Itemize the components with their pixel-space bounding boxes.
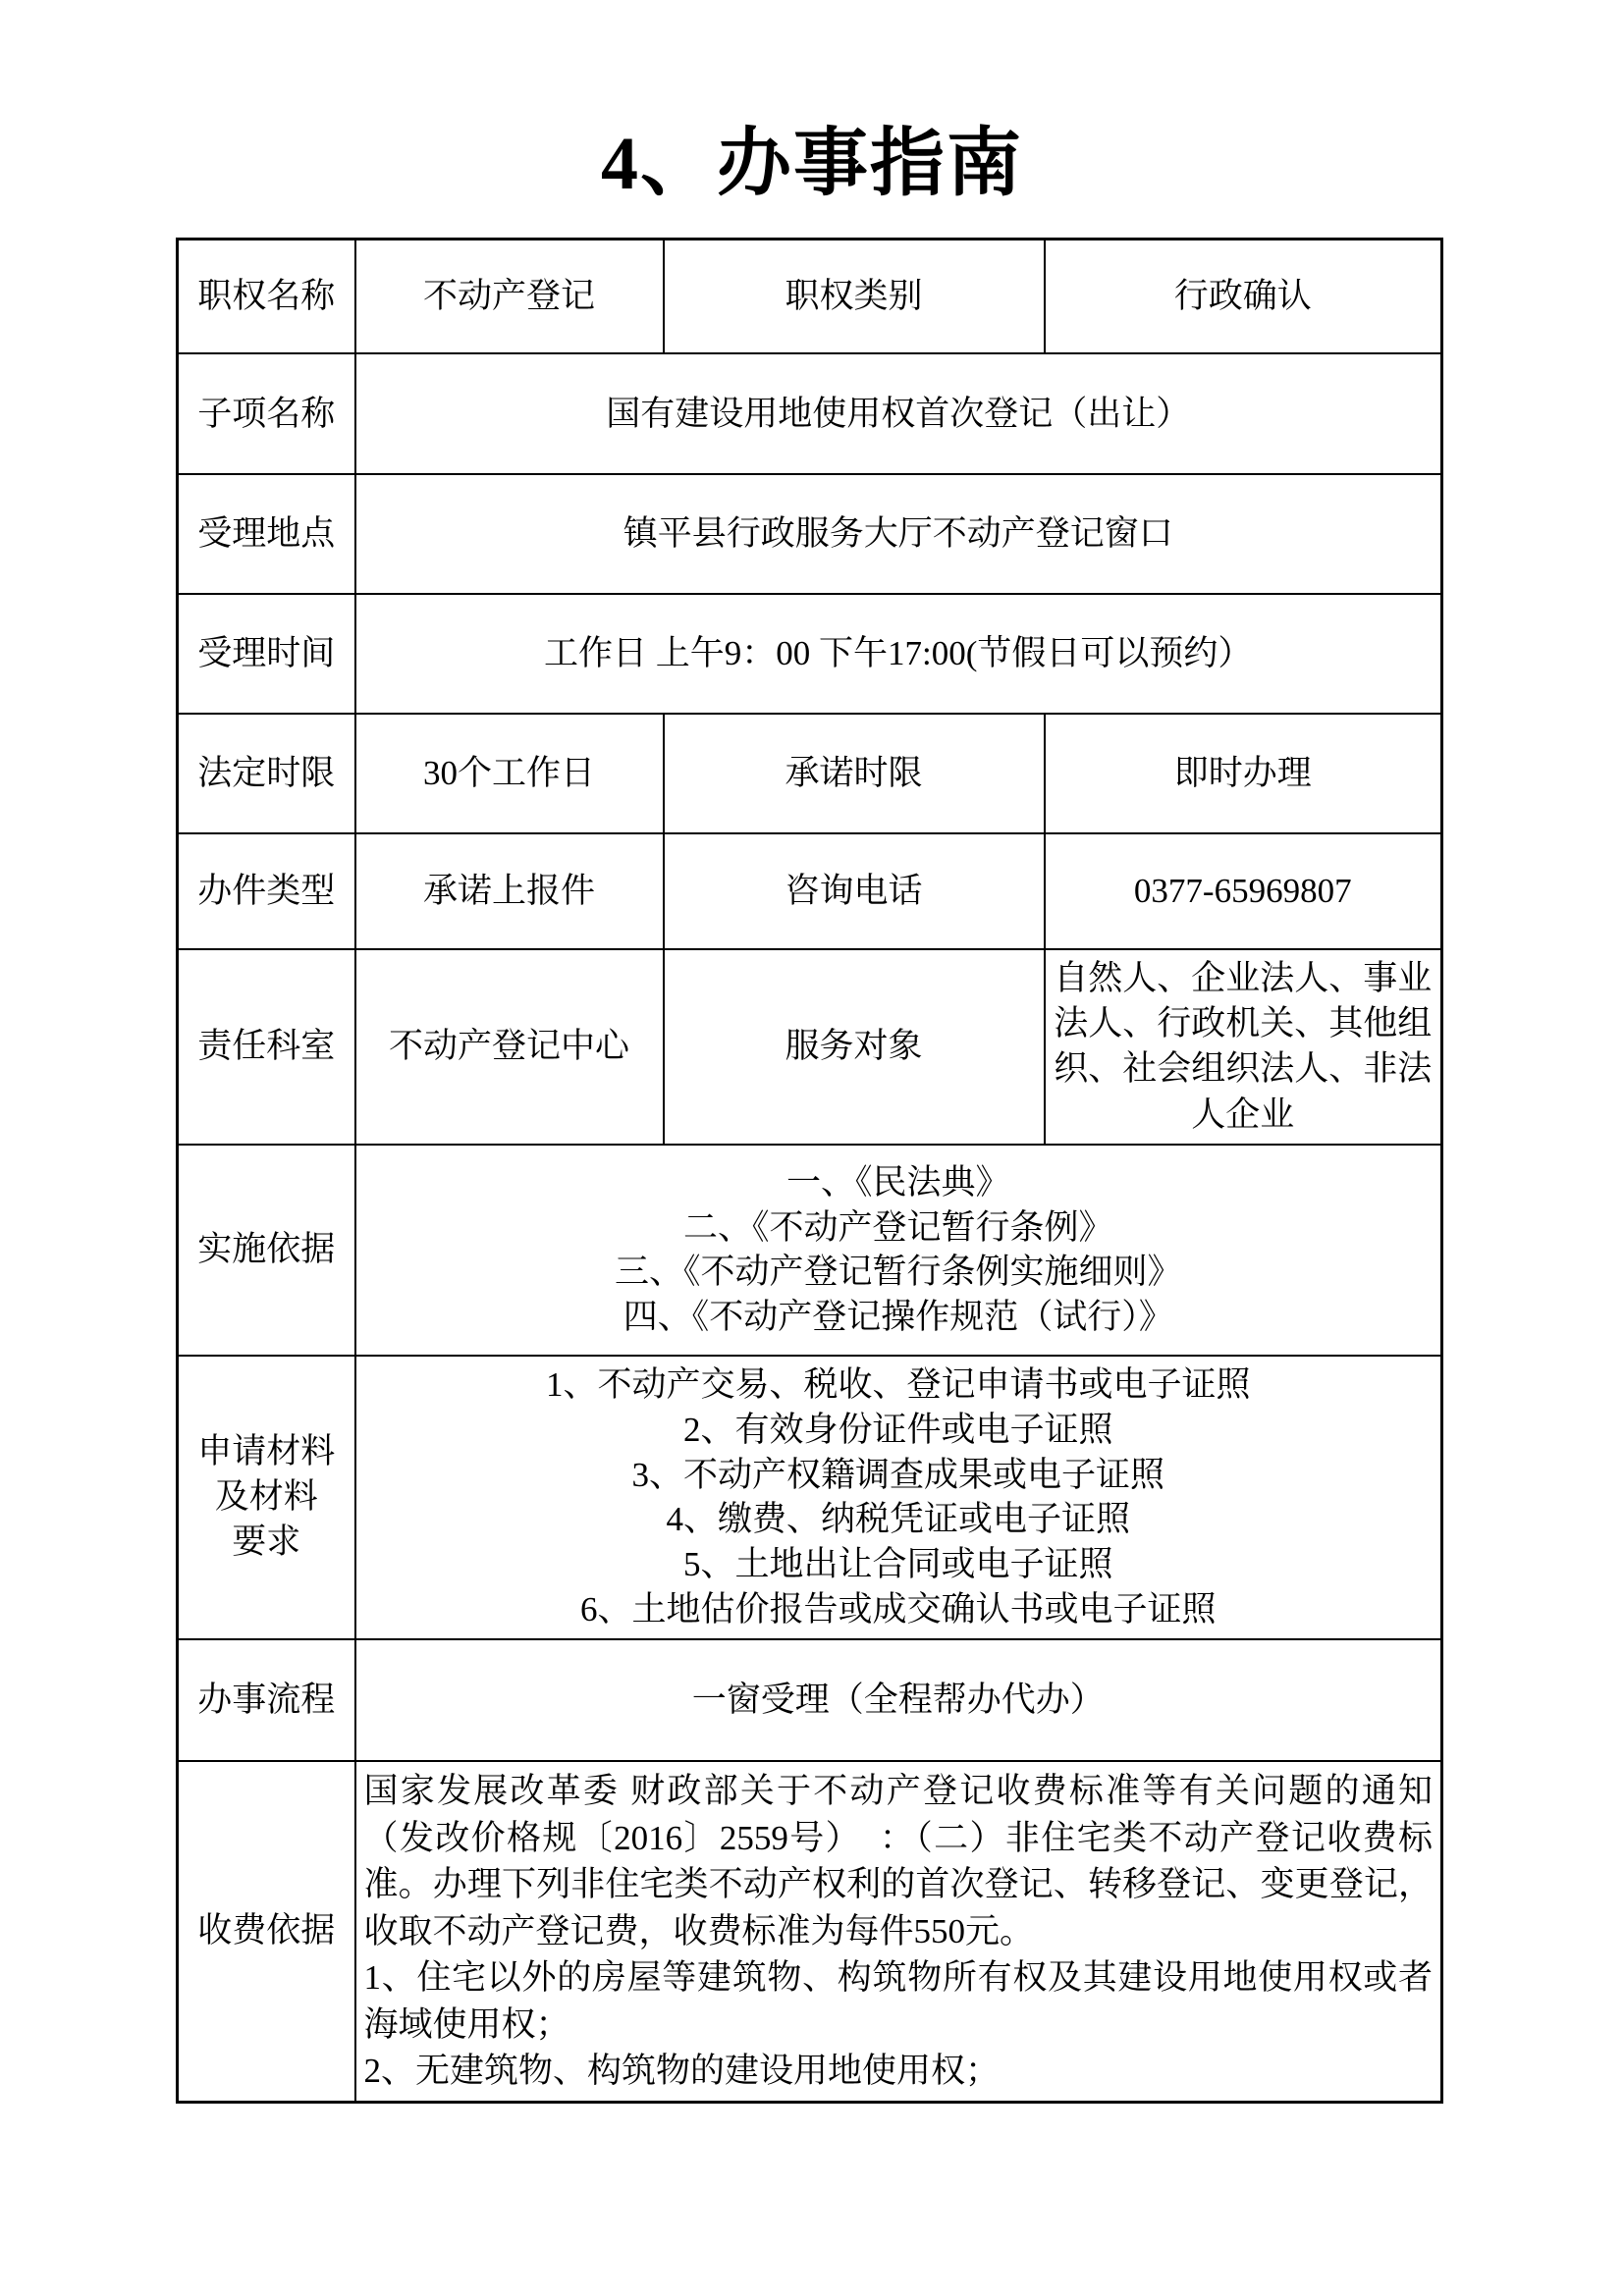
- responsible-dept-value: 不动产登记中心: [355, 949, 664, 1145]
- implementation-basis-value: 一、《民法典》 二、《不动产登记暂行条例》 三、《不动产登记暂行条例实施细则》 …: [355, 1145, 1442, 1356]
- table-row: 申请材料 及材料 要求 1、不动产交易、税收、登记申请书或电子证照 2、有效身份…: [178, 1356, 1442, 1639]
- statutory-limit-value: 30个工作日: [355, 714, 664, 833]
- table-row: 办事流程 一窗受理（全程帮办代办）: [178, 1639, 1442, 1761]
- basis-item: 三、《不动产登记暂行条例实施细则》: [364, 1250, 1434, 1295]
- process-flow-label: 办事流程: [178, 1639, 355, 1761]
- table-row: 职权名称 不动产登记 职权类别 行政确认: [178, 239, 1442, 353]
- statutory-limit-label: 法定时限: [178, 714, 355, 833]
- charging-basis-item: 1、住宅以外的房屋等建筑物、构筑物所有权及其建设用地使用权或者海域使用权；: [364, 1954, 1434, 2048]
- service-guide-table: 职权名称 不动产登记 职权类别 行政确认 子项名称 国有建设用地使用权首次登记（…: [176, 238, 1443, 2104]
- authority-type-label: 职权类别: [664, 239, 1045, 353]
- acceptance-time-value: 工作日 上午9：00 下午17:00(节假日可以预约）: [355, 594, 1442, 714]
- basis-item: 一、《民法典》: [364, 1160, 1434, 1205]
- page-title: 4、办事指南: [0, 0, 1624, 206]
- acceptance-time-label: 受理时间: [178, 594, 355, 714]
- table-row: 子项名称 国有建设用地使用权首次登记（出让）: [178, 353, 1442, 474]
- charging-basis-label: 收费依据: [178, 1761, 355, 2103]
- responsible-dept-label: 责任科室: [178, 949, 355, 1145]
- table-row: 实施依据 一、《民法典》 二、《不动产登记暂行条例》 三、《不动产登记暂行条例实…: [178, 1145, 1442, 1356]
- item-type-value: 承诺上报件: [355, 833, 664, 949]
- subitem-name-label: 子项名称: [178, 353, 355, 474]
- acceptance-location-value: 镇平县行政服务大厅不动产登记窗口: [355, 474, 1442, 594]
- service-target-label: 服务对象: [664, 949, 1045, 1145]
- authority-name-value: 不动产登记: [355, 239, 664, 353]
- basis-item: 二、《不动产登记暂行条例》: [364, 1205, 1434, 1251]
- promised-limit-label: 承诺时限: [664, 714, 1045, 833]
- material-item: 1、不动产交易、税收、登记申请书或电子证照: [364, 1362, 1434, 1408]
- process-flow-value: 一窗受理（全程帮办代办）: [355, 1639, 1442, 1761]
- document-page: 4、办事指南 职权名称 不动产登记 职权类别 行政确认 子项名称 国有建设用地使…: [0, 0, 1624, 2296]
- material-item: 2、有效身份证件或电子证照: [364, 1408, 1434, 1453]
- application-materials-value: 1、不动产交易、税收、登记申请书或电子证照 2、有效身份证件或电子证照 3、不动…: [355, 1356, 1442, 1639]
- service-target-value: 自然人、企业法人、事业法人、行政机关、其他组织、社会组织法人、非法人企业: [1045, 949, 1442, 1145]
- table-row: 收费依据 国家发展改革委 财政部关于不动产登记收费标准等有关问题的通知（发改价格…: [178, 1761, 1442, 2103]
- application-materials-label: 申请材料 及材料 要求: [178, 1356, 355, 1639]
- material-item: 5、土地出让合同或电子证照: [364, 1542, 1434, 1587]
- consult-phone-value: 0377-65969807: [1045, 833, 1442, 949]
- promised-limit-value: 即时办理: [1045, 714, 1442, 833]
- material-item: 4、缴费、纳税凭证或电子证照: [364, 1497, 1434, 1542]
- material-item: 3、不动产权籍调查成果或电子证照: [364, 1453, 1434, 1498]
- table-row: 受理地点 镇平县行政服务大厅不动产登记窗口: [178, 474, 1442, 594]
- table-row: 受理时间 工作日 上午9：00 下午17:00(节假日可以预约）: [178, 594, 1442, 714]
- item-type-label: 办件类型: [178, 833, 355, 949]
- table-row: 责任科室 不动产登记中心 服务对象 自然人、企业法人、事业法人、行政机关、其他组…: [178, 949, 1442, 1145]
- table-row: 办件类型 承诺上报件 咨询电话 0377-65969807: [178, 833, 1442, 949]
- acceptance-location-label: 受理地点: [178, 474, 355, 594]
- material-item: 6、土地估价报告或成交确认书或电子证照: [364, 1587, 1434, 1632]
- authority-name-label: 职权名称: [178, 239, 355, 353]
- charging-basis-value: 国家发展改革委 财政部关于不动产登记收费标准等有关问题的通知（发改价格规〔201…: [355, 1761, 1442, 2103]
- subitem-name-value: 国有建设用地使用权首次登记（出让）: [355, 353, 1442, 474]
- charging-basis-paragraph: 国家发展改革委 财政部关于不动产登记收费标准等有关问题的通知（发改价格规〔201…: [364, 1768, 1434, 1954]
- consult-phone-label: 咨询电话: [664, 833, 1045, 949]
- charging-basis-item: 2、无建筑物、构筑物的建设用地使用权；: [364, 2048, 1434, 2095]
- implementation-basis-label: 实施依据: [178, 1145, 355, 1356]
- basis-item: 四、《不动产登记操作规范（试行）》: [364, 1295, 1434, 1340]
- table-row: 法定时限 30个工作日 承诺时限 即时办理: [178, 714, 1442, 833]
- authority-type-value: 行政确认: [1045, 239, 1442, 353]
